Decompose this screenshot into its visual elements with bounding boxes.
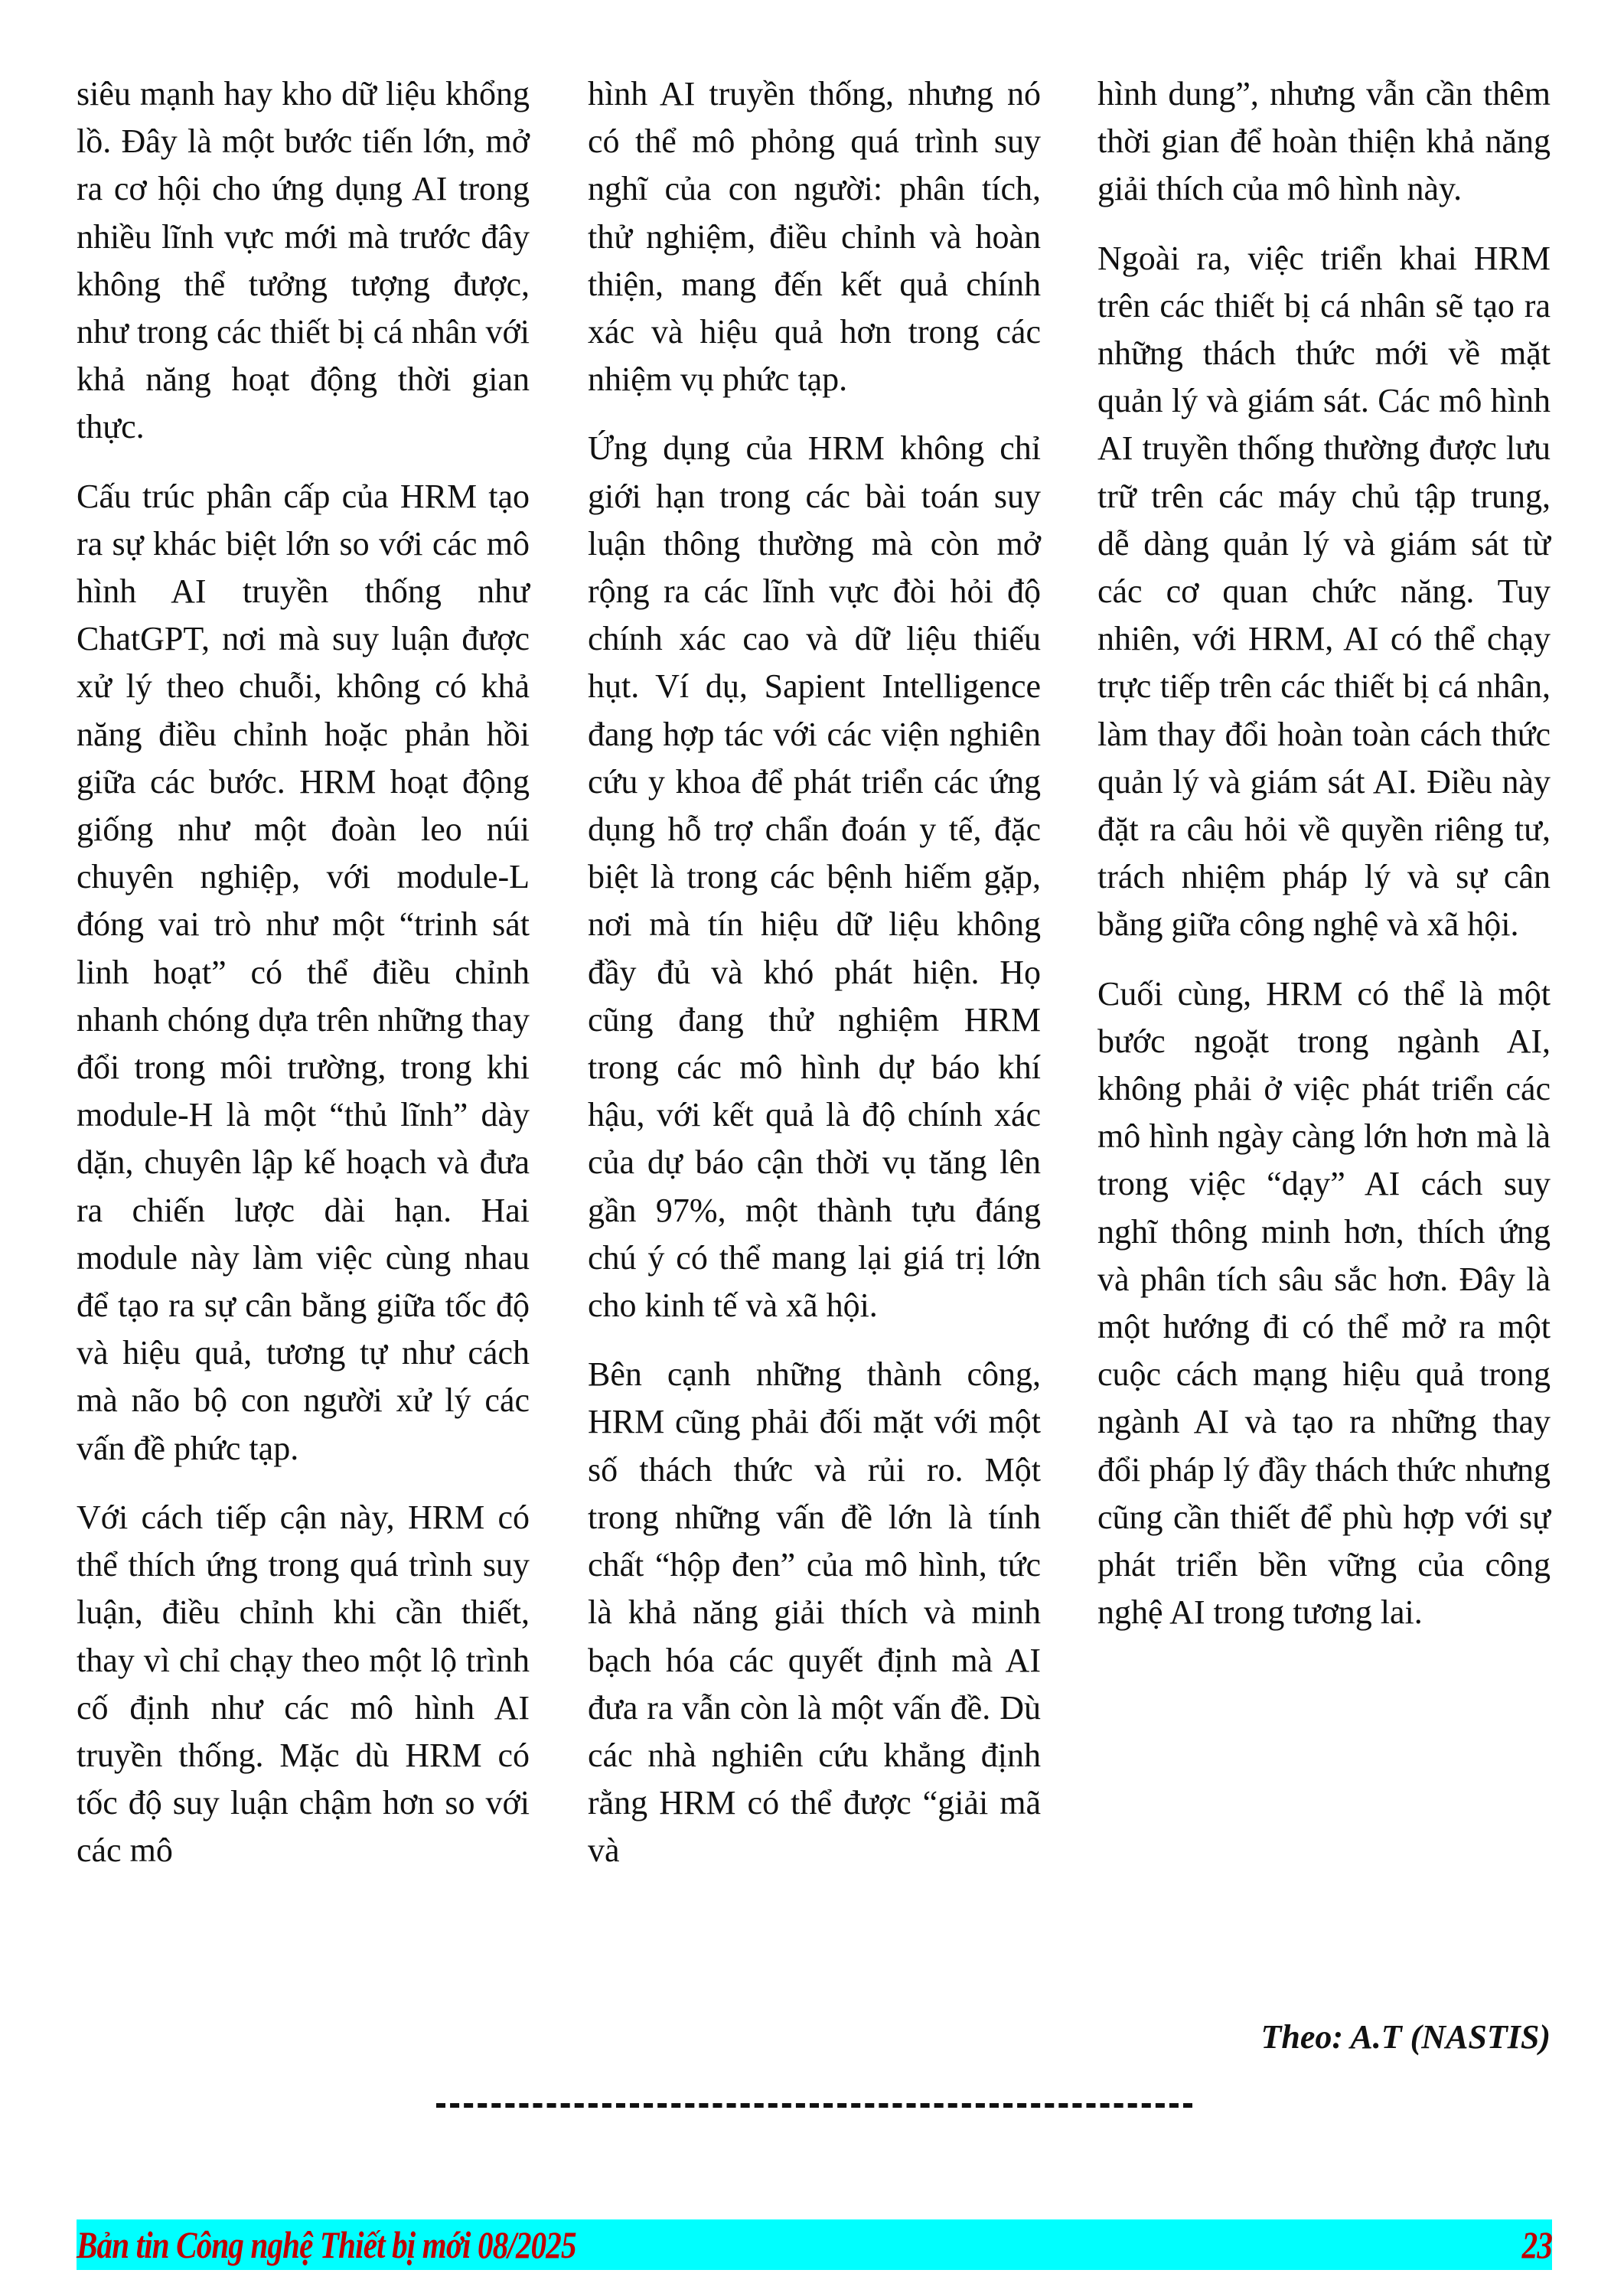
article-column-3: hình dung”, nhưng vẫn cần thêm thời gian…: [1097, 70, 1551, 1658]
paragraph: siêu mạnh hay kho dữ liệu khổng lồ. Đây …: [77, 70, 530, 452]
paragraph: Ngoài ra, việc triển khai HRM trên các t…: [1097, 235, 1551, 949]
page-number: 23: [1522, 2223, 1552, 2267]
article-byline: Theo: A.T (NASTIS): [1097, 2014, 1551, 2060]
paragraph: Cuối cùng, HRM có thể là một bước ngoặt …: [1097, 970, 1551, 1637]
dashed-divider: [436, 2103, 1192, 2108]
article-column-1: siêu mạnh hay kho dữ liệu khổng lồ. Đây …: [77, 70, 530, 1896]
paragraph: Cấu trúc phân cấp của HRM tạo ra sự khác…: [77, 473, 530, 1473]
paragraph: hình dung”, nhưng vẫn cần thêm thời gian…: [1097, 70, 1551, 214]
paragraph: Bên cạnh những thành công, HRM cũng phải…: [588, 1351, 1041, 1874]
page-footer: Bản tin Công nghệ Thiết bị mới 08/2025 2…: [77, 2219, 1552, 2270]
paragraph: Ứng dụng của HRM không chỉ giới hạn tron…: [588, 425, 1041, 1329]
publication-title: Bản tin Công nghệ Thiết bị mới 08/2025: [77, 2223, 576, 2267]
article-column-2: hình AI truyền thống, nhưng nó có thể mô…: [588, 70, 1041, 1896]
paragraph: Với cách tiếp cận này, HRM có thể thích …: [77, 1494, 530, 1875]
paragraph: hình AI truyền thống, nhưng nó có thể mô…: [588, 70, 1041, 403]
